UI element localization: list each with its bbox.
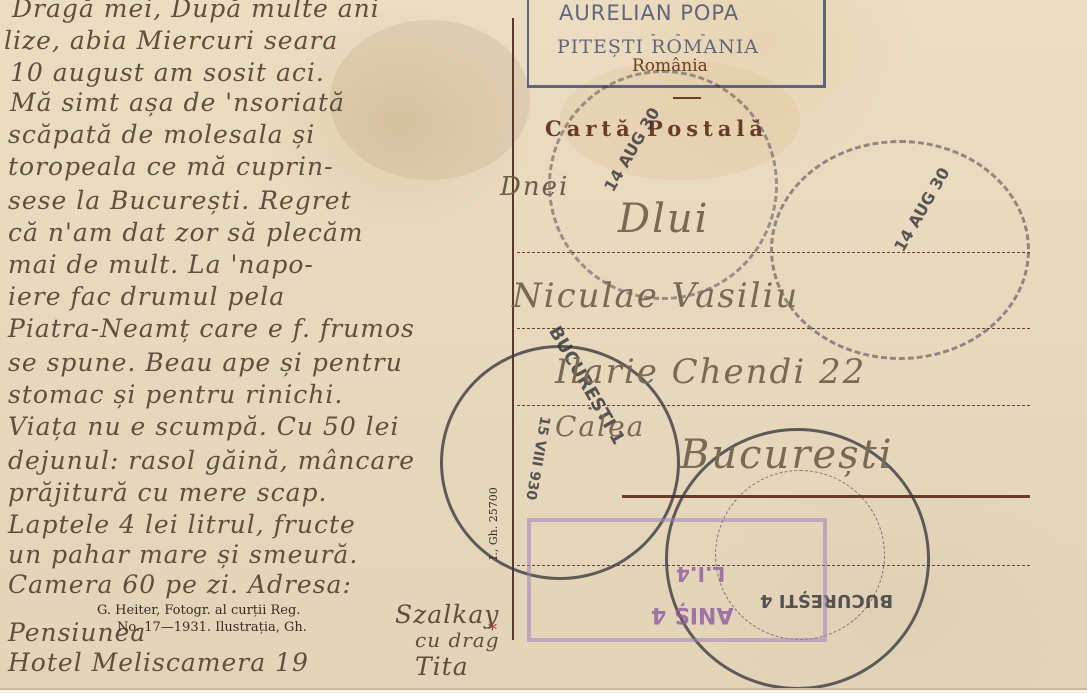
violet-stamp-line1: L.I.4 — [676, 562, 725, 586]
message-line: Piatra-Neamț care e f. frumos — [8, 314, 415, 343]
address-salutation: Dnei — [500, 172, 569, 202]
printer-credit-line1: G. Heiter, Fotogr. al curții Reg. — [97, 603, 300, 618]
message-line: scăpată de molesala și — [8, 120, 315, 149]
message-line: lize, abia Miercuri seara — [4, 26, 338, 55]
dealer-stamp-name: AURELIAN POPA — [559, 1, 739, 25]
message-line: sese la București. Regret — [8, 186, 352, 215]
address-title: Dlui — [618, 196, 709, 242]
postcard: AURELIAN POPA - - - PITEȘTI ROMANIA Româ… — [0, 0, 1087, 690]
message-line: stomac și pentru rinichi. — [8, 380, 343, 409]
water-stain — [330, 20, 530, 180]
address-street-prefix: Calea — [555, 410, 645, 443]
asterisk-mark: * — [488, 620, 497, 641]
signature-line: cu drag — [415, 628, 500, 652]
signature-line: Szalkay — [395, 600, 499, 629]
printer-credit-line2: No. 17—1931. Ilustrația, Gh. — [117, 620, 307, 635]
message-line: mai de mult. La 'napo- — [8, 250, 314, 279]
message-line: un pahar mare și smeură. — [8, 540, 358, 569]
message-line: dejunul: rasol găină, mâncare — [8, 446, 415, 475]
address-street: Ilarie Chendi 22 — [555, 352, 866, 392]
message-line: că n'am dat zor să plecăm — [8, 218, 364, 247]
signature-line: Tita — [415, 652, 469, 681]
violet-stamp: L.I.4 ANIȘ 4 — [527, 518, 827, 642]
dealer-stamp-city: PITEȘTI ROMANIA — [557, 36, 759, 58]
printer-credit-vertical: I., Gh. 25700 — [487, 487, 500, 560]
message-line: Camera 60 pe zi. Adresa: — [8, 570, 352, 599]
message-line: toropeala ce mă cuprin- — [8, 152, 334, 181]
address-city: București — [680, 432, 894, 478]
message-line: Dragă mei, După multe ani — [12, 0, 380, 23]
message-line: Viața nu e scumpă. Cu 50 lei — [8, 412, 399, 441]
violet-stamp-line2: ANIȘ 4 — [651, 602, 733, 627]
address-name: Niculae Vasiliu — [512, 276, 799, 316]
message-line: 10 august am sosit aci. — [10, 58, 325, 87]
postmark-circle — [548, 70, 778, 300]
message-line: prăjitură cu mere scap. — [8, 478, 327, 507]
message-line: Mă simt așa de 'nsoriată — [10, 88, 345, 117]
message-line: se spune. Beau ape și pentru — [8, 348, 403, 377]
message-line: Hotel Meliscamera 19 — [8, 648, 309, 677]
message-line: iere fac drumul pela — [8, 282, 285, 311]
message-line: Laptele 4 lei litrul, fructe — [8, 510, 356, 539]
